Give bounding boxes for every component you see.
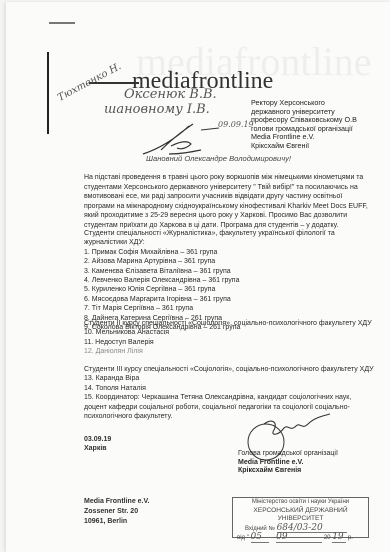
list-item: 3. Каменєва Єлізавета Віталіївна – 361 г…: [84, 267, 374, 276]
handwritten-resolution-line1: Оксенюк В.В.: [124, 87, 217, 102]
signer-block: Голова громадської організації Media Fro…: [238, 450, 338, 476]
date-place: 03.09.19 Харків: [84, 435, 111, 454]
footer-address: Media Frontline e.V. Zossener Str. 20 10…: [84, 497, 149, 527]
body-paragraph: На підставі проведення в травні цього ро…: [84, 173, 374, 231]
salutation: Шановний Олександре Володимировичу!: [146, 154, 291, 163]
handwritten-resolution-line2: шановному І.В.: [104, 102, 210, 117]
section-sociology-2: Студенти ІІ курсу спеціальності «Соціоло…: [84, 319, 374, 357]
list-item: 5. Куриленко Юлія Сергіївна – 361 група: [84, 285, 374, 294]
list-item: 1. Примак Софія Михайлівна – 361 група: [84, 248, 374, 257]
registration-stamp: Міністерство освіти і науки України ХЕРС…: [232, 497, 369, 538]
list-item: 7. Тіт Марія Сергіївна – 361 група: [84, 304, 374, 313]
section-heading: Студенти ІІІ курсу спеціальності «Соціол…: [84, 365, 374, 374]
list-item: 14. Тополя Наталія: [84, 384, 374, 393]
list-item: 13. Каранда Віра: [84, 374, 374, 383]
handwritten-resolution-date: 09.09.19: [218, 120, 254, 129]
section-heading: Студенти ІІ курсу спеціальності «Соціоло…: [84, 319, 374, 328]
section-sociology-3: Студенти ІІІ курсу спеціальності «Соціол…: [84, 365, 374, 421]
section-heading: Студенти спеціальності «Журналістика», ф…: [84, 229, 374, 248]
list-item: 10. Мельникова Анастасія: [84, 328, 374, 337]
letter-page: mediafrontline mediafrontline Тюхтенко Н…: [6, 2, 390, 552]
left-margin-line: [47, 52, 49, 134]
list-item: 12. Даніолян Лілія: [84, 347, 374, 356]
letter-place: Харків: [84, 444, 111, 453]
list-item: 2. Айзова Марина Артурівна – 361 група: [84, 257, 374, 266]
addressee-block: Ректору Херсонського державного універси…: [251, 99, 357, 151]
list-item: 11. Недоступ Валерія: [84, 338, 374, 347]
section-journalism: Студенти спеціальності «Журналістика», ф…: [84, 229, 374, 332]
top-margin-dash: [49, 22, 75, 24]
list-item: 4. Левченко Валерія Олександрівна – 361 …: [84, 276, 374, 285]
letter-date: 03.09.19: [84, 435, 111, 444]
list-item: 6. Мясоєдова Маргарита Ігорівна – 361 гр…: [84, 295, 374, 304]
